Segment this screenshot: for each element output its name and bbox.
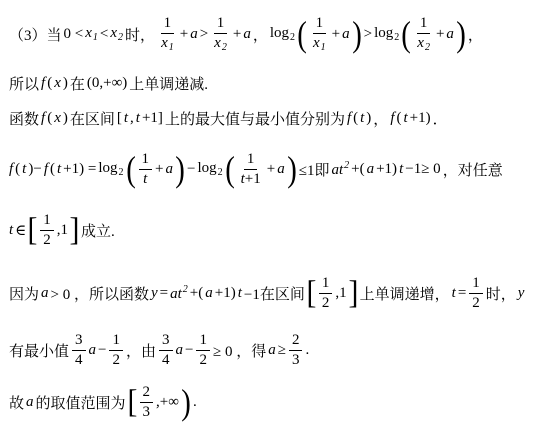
math-token: a [205,285,213,302]
math-token: x2 [110,25,123,43]
math-token: f [41,110,45,127]
superscript: 2 [344,160,349,171]
math-token: 的取值范围为 [36,392,126,413]
math-token: f [9,161,13,178]
fraction-denominator: t+1 [238,170,264,188]
math-token: + [155,161,163,178]
math-token: 1 [199,332,207,349]
math-token: x1 [313,35,326,53]
math-token: ( [353,110,358,127]
math-token: 1 [322,275,330,292]
math-token: log2 [98,160,123,178]
math-token: 成立. [81,220,115,241]
fraction-numerator: 1 [214,15,228,34]
math-token: f [41,75,45,92]
math-token: 2 [472,295,480,312]
subscript: 2 [119,167,124,178]
fraction: 1x2 [414,15,433,53]
fraction: 1x1 [158,15,177,53]
math-token: t [136,110,140,127]
math-token: a [367,161,375,178]
math-token: −1≥ 0 [405,161,440,178]
fraction-denominator: 4 [159,351,173,369]
fraction-numerator: 1 [161,15,175,34]
fraction-denominator: t [140,170,150,188]
subscript: 2 [290,32,295,43]
fraction-numerator: 2 [140,384,154,403]
math-token: , [130,110,134,127]
fraction-denominator: 2 [109,351,123,369]
math-token: ( [396,110,401,127]
math-token: 1 [43,212,51,229]
subscript: 1 [169,42,174,53]
big-left-bracket: [ [306,270,316,316]
math-token: > 0 ，所以函数 [51,283,149,304]
math-token: + [180,26,188,43]
fraction-numerator: 3 [159,332,173,351]
math-token: + [332,26,340,43]
subscript: 1 [93,32,98,43]
math-token: a [268,342,276,359]
fraction-denominator: 3 [140,403,154,421]
math-token: x1 [85,25,98,43]
math-token: ( [50,161,55,178]
fraction-numerator: 1 [109,332,123,351]
subscript: 2 [218,167,223,178]
big-left-bracket: [ [28,207,38,253]
fraction-numerator: 1 [469,275,483,294]
math-token: ， [468,24,483,45]
math-token: + [436,26,444,43]
math-token: log2 [197,160,222,178]
math-token: 2 [292,332,300,349]
math-token: +1) [215,285,236,302]
math-token: t [143,171,147,188]
math-token: 2 [143,384,151,401]
math-token: f [347,110,351,127]
math-token: y [518,285,525,302]
big-left-bracket: [ [127,379,137,425]
big-left-paren: ( [126,146,136,192]
math-token: ． [433,108,448,129]
fraction: 23 [289,332,303,368]
math-line-4: f(t)−f(t+1) =log2(1t+a)−log2(1t+1+a)≤1即a… [8,144,539,194]
math-line-1: （3）当0 <x1<x2时，1x1+a>1x2+a，log2(1x1+a)>lo… [8,9,539,59]
math-token: at2 [331,160,349,179]
math-token: x2 [214,35,227,53]
superscript: 2 [183,284,188,295]
math-token: a [446,26,454,43]
math-token: t [403,110,407,127]
math-token: a [176,342,184,359]
math-token: 因为 [9,283,39,304]
math-token: ≥ [278,342,286,359]
fraction-numerator: 2 [289,332,303,351]
math-token: a [89,342,97,359]
math-token: a [190,26,198,43]
math-token: . [305,342,309,359]
fraction-numerator: 1 [40,212,54,231]
math-line-2: 所以f(x)在(0,+∞)上单调递减. [8,72,539,94]
fraction-numerator: 3 [72,332,86,351]
math-token: +1 [245,171,261,188]
fraction: 12 [469,275,483,311]
math-token: 4 [75,352,83,369]
fraction-denominator: x1 [158,34,177,53]
math-token: = [160,285,168,302]
math-token: a [277,161,285,178]
subscript: 2 [394,32,399,43]
big-right-paren: ) [456,11,466,57]
math-token: 在区间 [70,108,115,129]
subscript: 2 [222,42,227,53]
math-token: a [342,26,350,43]
fraction: 1t [139,151,153,187]
math-token: 1 [420,15,428,32]
math-line-5: t∈[12,1]成立. [8,205,539,255]
math-token: 1 [164,15,172,32]
math-token: a [26,394,34,411]
math-token: +1) = [63,161,96,178]
fraction-numerator: 1 [319,275,333,294]
fraction-denominator: x2 [211,34,230,53]
math-token: 故 [9,392,24,413]
big-right-bracket: ] [70,207,80,253]
math-token: 1 [472,275,480,292]
math-token: ∈ [15,221,26,240]
big-right-paren: ) [352,11,362,57]
big-right-bracket: ] [348,270,358,316]
fraction-denominator: x1 [310,34,329,53]
math-token: 0 < [64,26,84,43]
math-token: 2 [199,352,207,369]
math-token: x [54,110,61,127]
math-token: t [360,110,364,127]
math-token: t [238,285,242,302]
fraction: 34 [159,332,173,368]
math-token: 1 [316,15,324,32]
fraction-numerator: 1 [139,151,153,170]
math-token: > [364,26,372,43]
math-token: 1 [217,15,225,32]
math-token: t [399,161,403,178]
math-token: 上单调递增， [360,283,450,304]
math-line-8: 故a的取值范围为[23,+∞). [8,378,539,426]
fraction-denominator: 2 [469,294,483,312]
math-token: ( [47,75,52,92]
math-token: ， [253,24,268,45]
math-token: ,1 [335,285,346,302]
math-token: = [458,285,466,302]
big-left-paren: ( [297,11,307,57]
math-token: log2 [374,25,399,43]
document-page: （3）当0 <x1<x2时，1x1+a>1x2+a，log2(1x1+a)>lo… [0,0,545,434]
fraction-numerator: 1 [417,15,431,34]
big-left-paren: ( [225,146,235,192]
math-token: 3 [75,332,83,349]
math-token: 4 [162,352,170,369]
fraction-numerator: 1 [244,151,258,170]
math-token: ， [373,108,388,129]
math-token: t [452,285,456,302]
fraction-denominator: x2 [414,34,433,53]
math-token: 上单调递减. [129,73,208,94]
subscript: 1 [321,42,326,53]
math-token: +1] [142,110,163,127]
math-line-3: 函数f(x)在区间[t,t+1]上的最大值与最小值分别为f(t)，f(t+1)． [8,107,539,129]
math-token: 时， [125,24,155,45]
math-token: 3 [292,352,300,369]
math-token: (0,+∞) [87,75,127,92]
math-token: ) [63,110,68,127]
math-token: − [187,161,195,178]
math-token: ( [47,110,52,127]
math-token: < [100,26,108,43]
math-token: 2 [43,232,51,249]
math-token: + [267,161,275,178]
math-token: t [124,110,128,127]
math-token: +( [190,285,203,302]
math-token: − [185,342,193,359]
big-left-paren: ( [401,11,411,57]
math-token: 时， [486,283,516,304]
math-token: （3）当 [9,24,62,45]
math-token: [ [117,110,122,127]
math-token: 函数 [9,108,39,129]
math-token: f [390,110,394,127]
big-right-paren: ) [175,146,185,192]
fraction: 1x2 [211,15,230,53]
math-token: > [200,26,208,43]
math-token: − [98,342,106,359]
math-token: ≥ 0 ，得 [213,340,266,361]
fraction: 12 [319,275,333,311]
math-token: x1 [161,35,174,53]
math-token: t [22,161,26,178]
math-token: 有最小值 [9,340,69,361]
math-token: 上的最大值与最小值分别为 [165,108,345,129]
math-token: x [54,75,61,92]
math-token: . [193,394,197,411]
fraction: 1x1 [310,15,329,53]
math-token: x2 [417,35,430,53]
math-token: 3 [143,404,151,421]
math-token: a [243,26,251,43]
math-token: 在 [70,73,85,94]
fraction: 12 [40,212,54,248]
math-token: ) [63,75,68,92]
math-token: a [165,161,173,178]
big-right-paren: ) [181,379,191,425]
fraction-numerator: 1 [313,15,327,34]
math-token: )− [28,161,41,178]
math-token: t [9,222,13,239]
math-token: f [44,161,48,178]
fraction: 12 [196,332,210,368]
math-token: 1 [247,151,255,168]
math-token: t [57,161,61,178]
math-token: 1 [142,151,150,168]
math-token: ( [15,161,20,178]
math-token: y [151,285,158,302]
fraction: 23 [140,384,154,420]
math-token: at2 [170,284,188,303]
math-token: a [41,285,49,302]
math-token: log2 [270,25,295,43]
math-token: ) [366,110,371,127]
math-token: 所以 [9,73,39,94]
big-right-paren: ) [287,146,297,192]
math-token: +1) [410,110,431,127]
fraction-denominator: 2 [40,231,54,249]
math-token: +1) [376,161,397,178]
math-token: 1 [112,332,120,349]
math-token: + [233,26,241,43]
subscript: 2 [425,42,430,53]
math-token: 2 [112,352,120,369]
math-token: −1在区间 [244,283,305,304]
math-token: ≤1即 [299,159,330,180]
math-token: 3 [162,332,170,349]
fraction: 12 [109,332,123,368]
subscript: 2 [118,32,123,43]
fraction-denominator: 4 [72,351,86,369]
math-token: ，对任意 [443,159,503,180]
fraction-denominator: 2 [319,294,333,312]
fraction-denominator: 2 [196,351,210,369]
math-token: ,+∞ [156,394,179,411]
math-token: +( [351,161,364,178]
math-token: ，由 [126,340,156,361]
math-token: 2 [322,295,330,312]
math-token: ,1 [57,222,68,239]
math-line-7: 有最小值34a−12，由34a−12≥ 0 ，得a≥23. [8,328,539,372]
fraction-numerator: 1 [196,332,210,351]
fraction-denominator: 3 [289,351,303,369]
fraction: 1t+1 [238,151,264,187]
math-line-6: 因为a> 0 ，所以函数y=at2+(a+1)t−1在区间[12,1]上单调递增… [8,267,539,319]
fraction: 34 [72,332,86,368]
